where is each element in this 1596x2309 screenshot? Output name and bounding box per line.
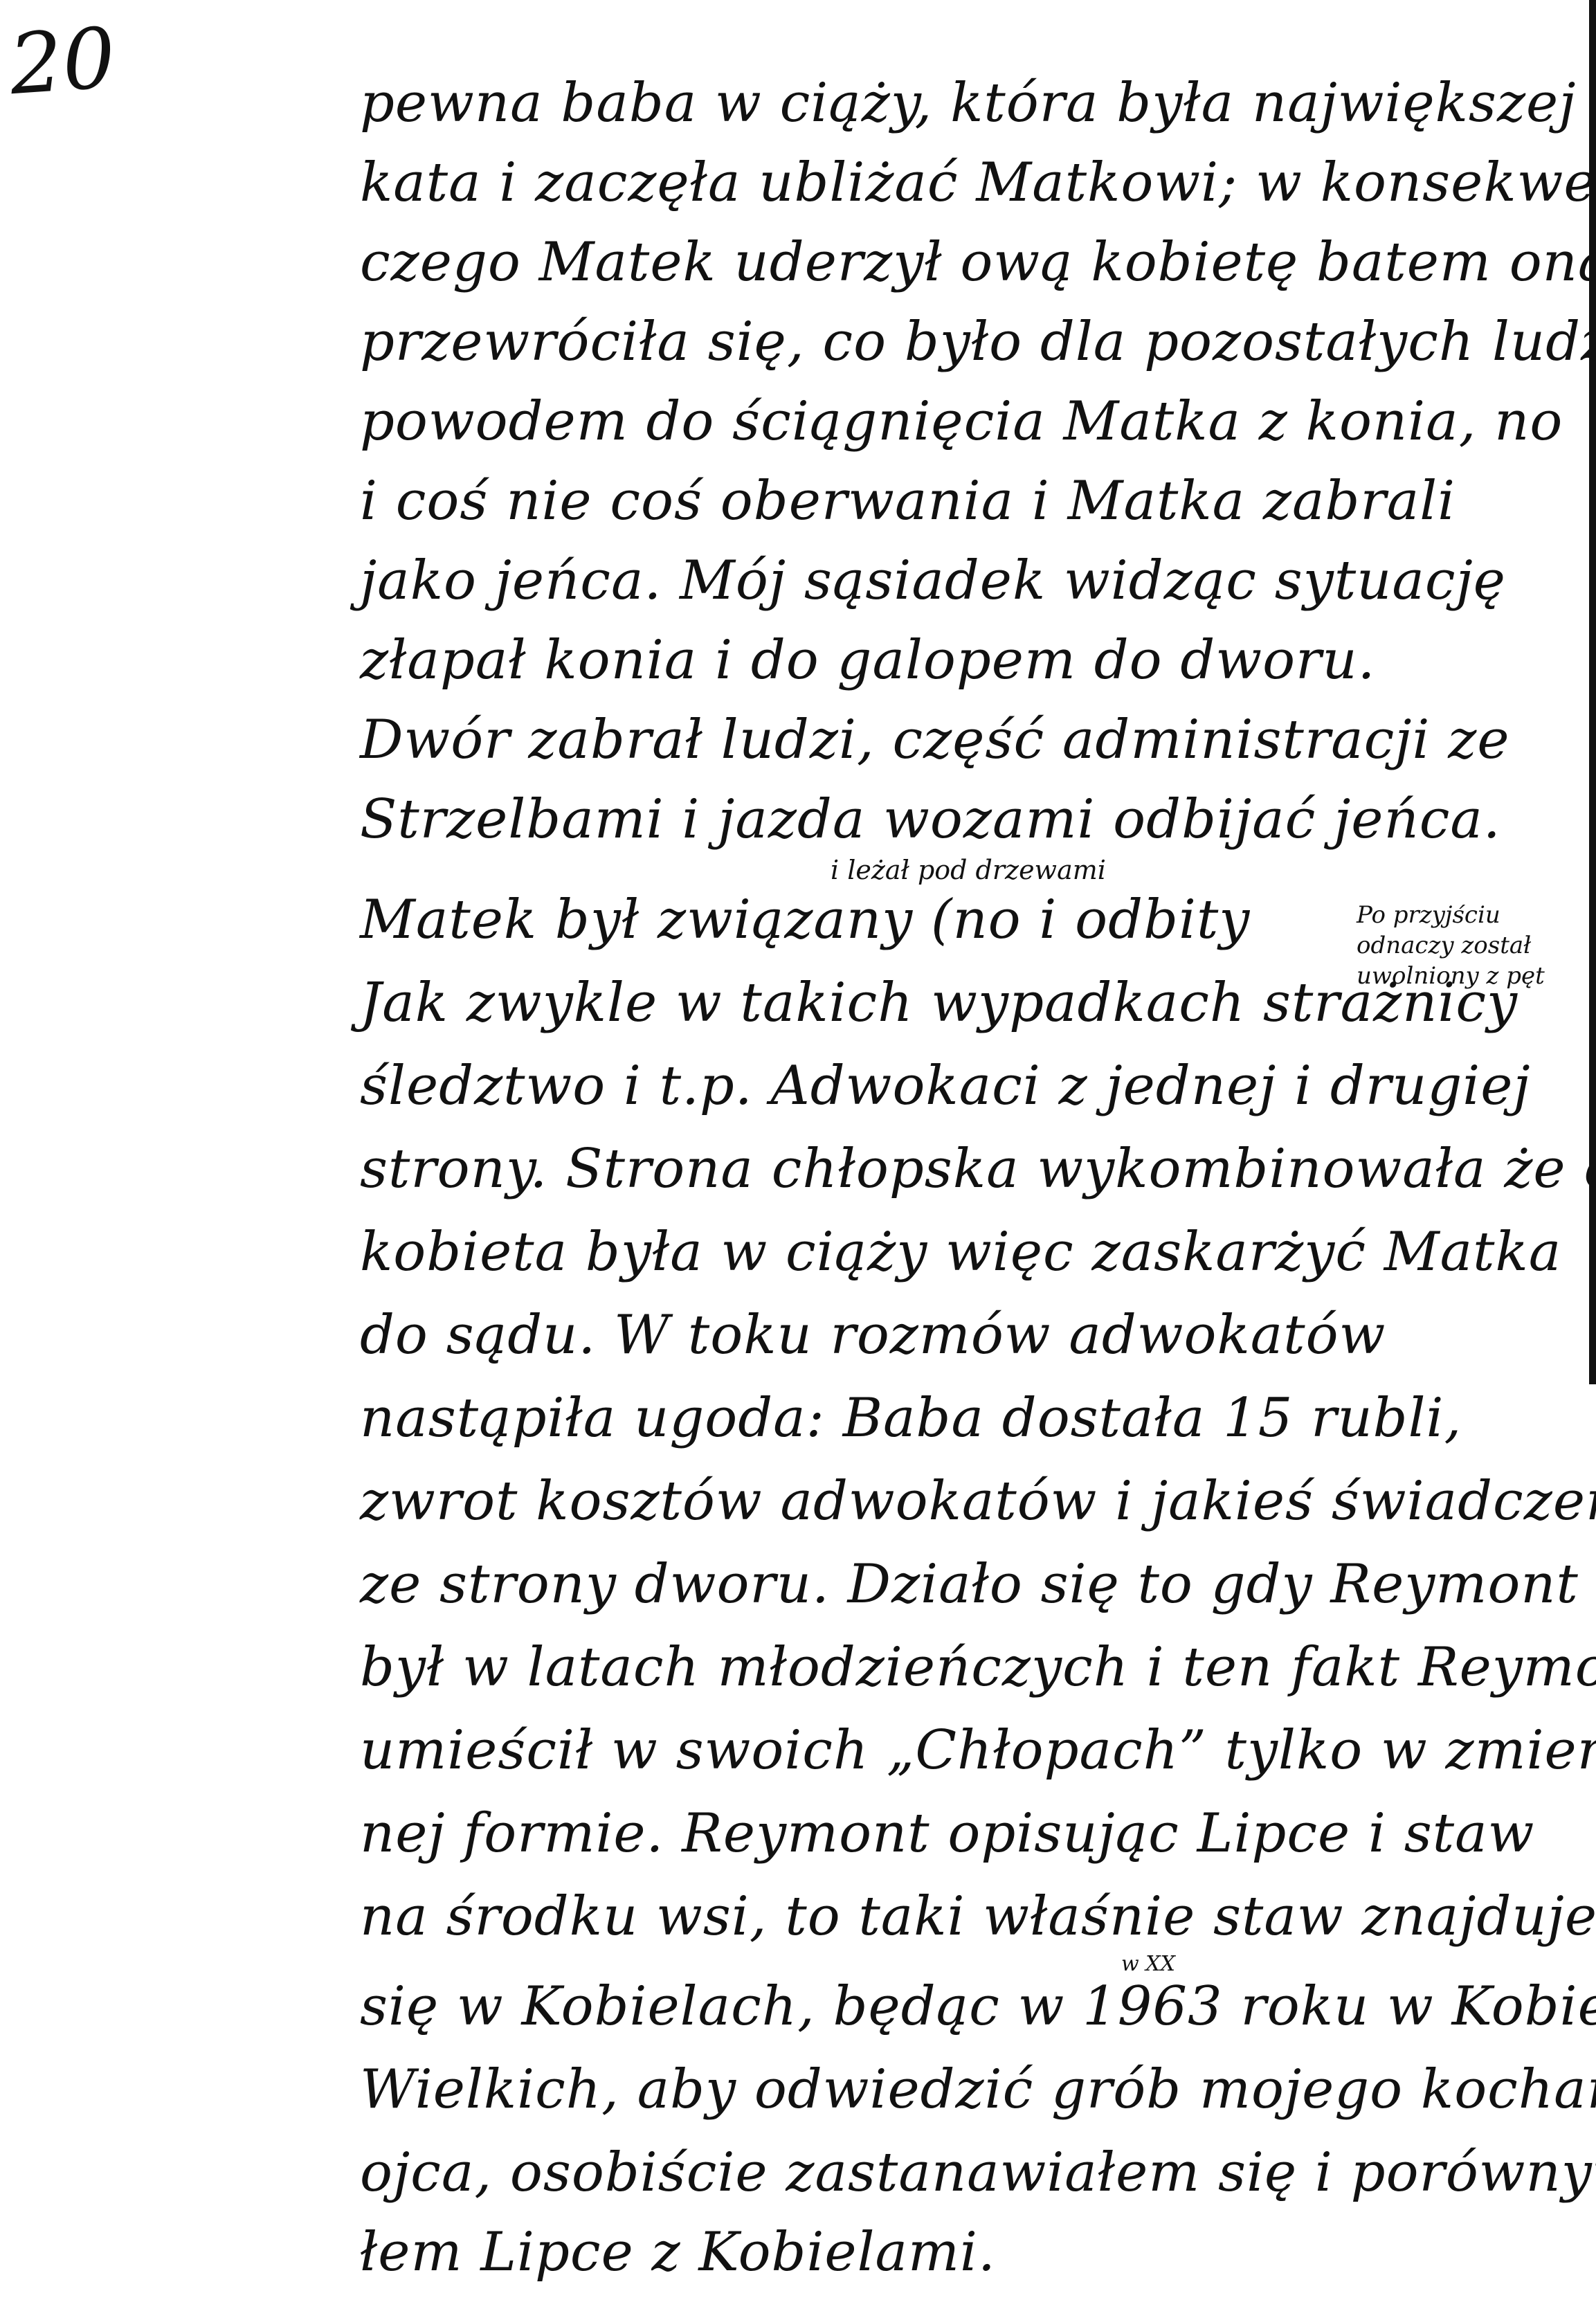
text-line-19: ze strony dworu. Działo się to gdy Reymo…	[360, 1557, 1579, 1611]
text-line-15: kobieta była w ciąży więc zaskarżyć Matk…	[360, 1225, 1561, 1279]
margin-note-line: Po przyjściu	[1357, 900, 1596, 930]
text-line-1: pewna baba w ciąży, która była największ…	[360, 76, 1596, 130]
text-line-13: śledztwo i t.p. Adwokaci z jednej i drug…	[360, 1059, 1531, 1113]
text-line-6: i coś nie coś oberwania i Matka zabrali	[360, 474, 1456, 528]
text-line-22: nej formie. Reymont opisując Lipce i sta…	[360, 1807, 1534, 1860]
manuscript-page: 20 pewna baba w ciąży, która była najwię…	[0, 0, 1596, 2309]
text-line-4: przewróciła się, co było dla pozostałych…	[360, 315, 1596, 369]
text-line-17: nastąpiła ugoda: Baba dostała 15 rubli,	[360, 1391, 1462, 1445]
text-line-26: ojca, osobiście zastanawiałem się i poró…	[360, 2146, 1596, 2200]
text-line-18: zwrot kosztów adwokatów i jakieś świadcz…	[360, 1474, 1596, 1528]
margin-note-line: odnaczy został	[1357, 930, 1596, 961]
text-line-25: Wielkich, aby odwiedzić grób mojego koch…	[360, 2063, 1596, 2117]
text-line-20: był w latach młodzieńczych i ten fakt Re…	[360, 1640, 1596, 1694]
text-line-14: strony. Strona chłopska wykombinowała że…	[360, 1142, 1596, 1196]
text-line-9: Dwór zabrał ludzi, część administracji z…	[360, 713, 1509, 767]
interlinear-insertion: w XX	[1121, 1952, 1175, 1976]
text-line-7: jako jeńca. Mój sąsiadek widząc sytuację	[360, 554, 1506, 608]
page-number: 20	[7, 17, 118, 107]
text-line-16: do sądu. W toku rozmów adwokatów	[360, 1308, 1386, 1362]
text-line-24: się w Kobielach, będąc w 1963 roku w Kob…	[360, 1980, 1596, 2034]
interlinear-insertion: i leżał pod drzewami	[831, 855, 1106, 885]
text-line-2: kata i zaczęła ubliżać Matkowi; w konsek…	[360, 156, 1596, 210]
text-line-5: powodem do ściągnięcia Matka z konia, no	[360, 395, 1563, 449]
text-line-21: umieścił w swoich „Chłopach” tylko w zmi…	[360, 1723, 1596, 1777]
text-line-27: łem Lipce z Kobielami.	[360, 2225, 996, 2279]
text-line-11: Matek był związany (no i odbity	[360, 893, 1250, 947]
text-line-23: na środku wsi, to taki właśnie staw znaj…	[360, 1890, 1596, 1944]
text-line-3: czego Matek uderzył ową kobietę batem on…	[360, 235, 1596, 289]
text-line-10: Strzelbami i jazda wozami odbijać jeńca.	[360, 793, 1501, 846]
text-line-12: Jak zwykle w takich wypadkach strażnicy	[360, 976, 1518, 1030]
text-line-8: złapał konia i do galopem do dworu.	[360, 633, 1375, 687]
